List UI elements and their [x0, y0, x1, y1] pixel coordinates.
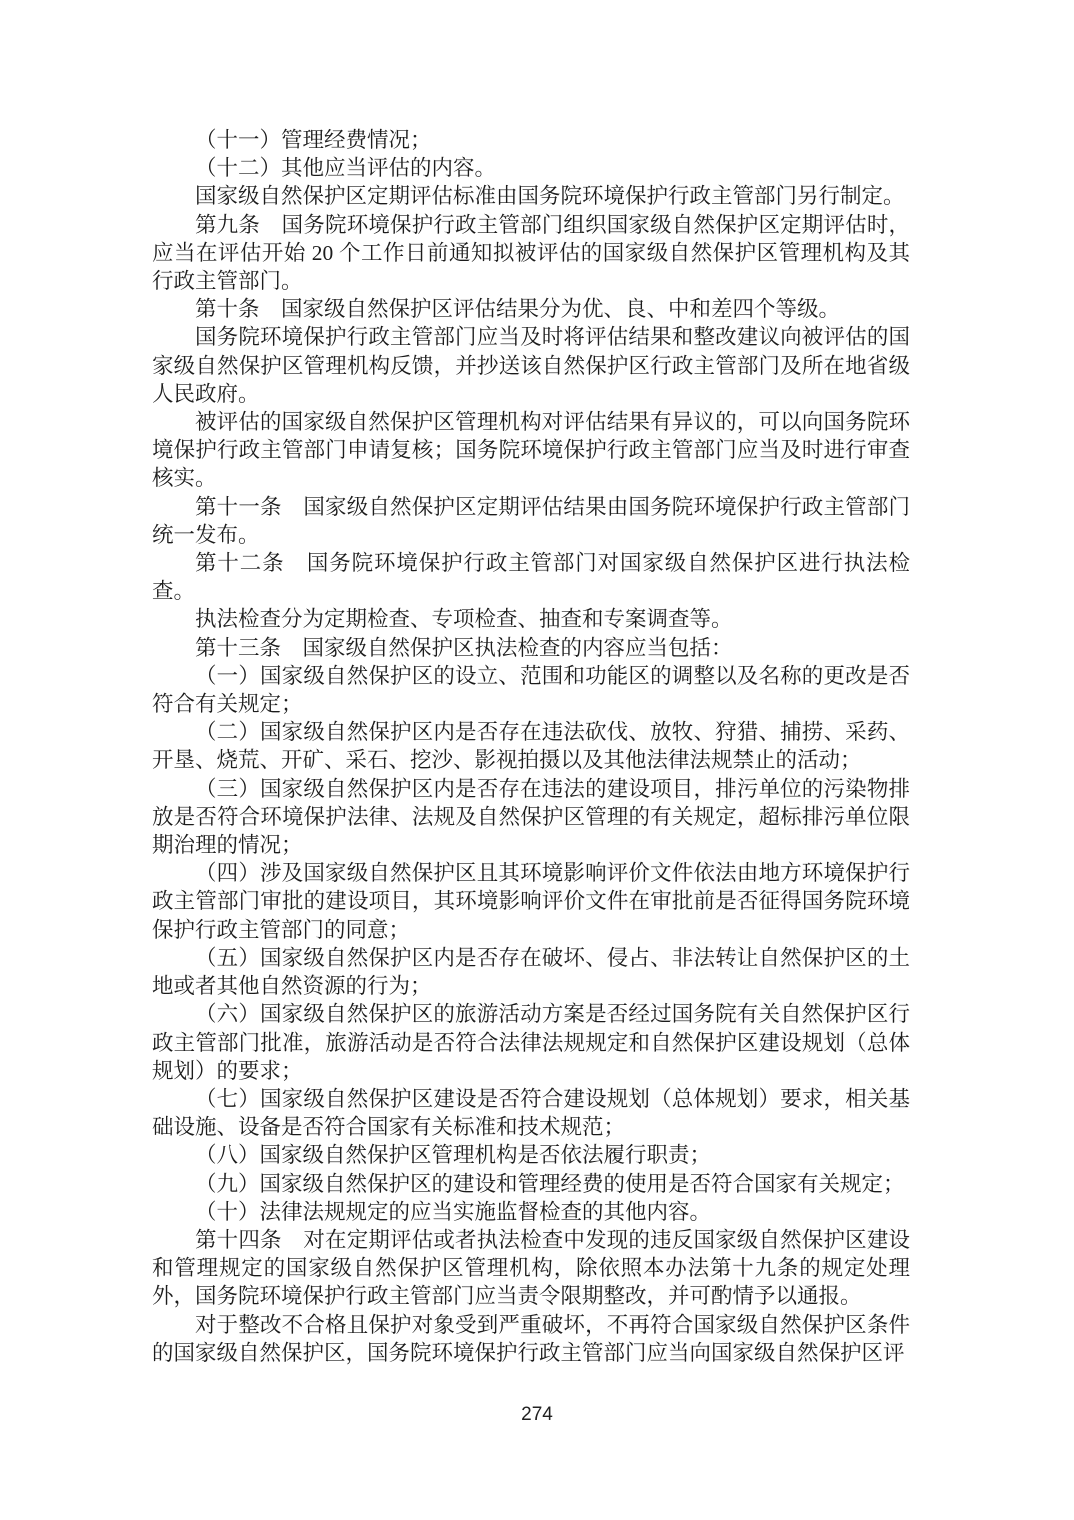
paragraph: 国务院环境保护行政主管部门应当及时将评估结果和整改建议向被评估的国家级自然保护区… — [152, 323, 910, 408]
paragraph: （六）国家级自然保护区的旅游活动方案是否经过国务院有关自然保护区行政主管部门批准… — [152, 1000, 910, 1085]
paragraph: 第十四条 对在定期评估或者执法检查中发现的违反国家级自然保护区建设和管理规定的国… — [152, 1226, 910, 1311]
paragraph: 第十三条 国家级自然保护区执法检查的内容应当包括： — [152, 634, 910, 662]
paragraph: （三）国家级自然保护区内是否存在违法的建设项目，排污单位的污染物排放是否符合环境… — [152, 775, 910, 860]
paragraph: 第九条 国务院环境保护行政主管部门组织国家级自然保护区定期评估时，应当在评估开始… — [152, 211, 910, 296]
paragraph: 第十条 国家级自然保护区评估结果分为优、良、中和差四个等级。 — [152, 295, 910, 323]
paragraph: 第十一条 国家级自然保护区定期评估结果由国务院环境保护行政主管部门统一发布。 — [152, 493, 910, 549]
paragraph: 对于整改不合格且保护对象受到严重破坏，不再符合国家级自然保护区条件的国家级自然保… — [152, 1311, 910, 1367]
paragraph: （一）国家级自然保护区的设立、范围和功能区的调整以及名称的更改是否符合有关规定； — [152, 662, 910, 718]
paragraph: 第十二条 国务院环境保护行政主管部门对国家级自然保护区进行执法检查。 — [152, 549, 910, 605]
paragraph: 国家级自然保护区定期评估标准由国务院环境保护行政主管部门另行制定。 — [152, 182, 910, 210]
paragraph: （八）国家级自然保护区管理机构是否依法履行职责； — [152, 1141, 910, 1169]
paragraph: （二）国家级自然保护区内是否存在违法砍伐、放牧、狩猎、捕捞、采药、开垦、烧荒、开… — [152, 718, 910, 774]
paragraph: （七）国家级自然保护区建设是否符合建设规划（总体规划）要求，相关基础设施、设备是… — [152, 1085, 910, 1141]
paragraph: （九）国家级自然保护区的建设和管理经费的使用是否符合国家有关规定； — [152, 1170, 910, 1198]
paragraph: 执法检查分为定期检查、专项检查、抽查和专案调查等。 — [152, 605, 910, 633]
page-number: 274 — [0, 1404, 1074, 1426]
document-page: （十一）管理经费情况； （十二）其他应当评估的内容。 国家级自然保护区定期评估标… — [0, 0, 1074, 1520]
paragraph: 被评估的国家级自然保护区管理机构对评估结果有异议的，可以向国务院环境保护行政主管… — [152, 408, 910, 493]
paragraph: （十一）管理经费情况； — [152, 126, 910, 154]
paragraph: （十）法律法规规定的应当实施监督检查的其他内容。 — [152, 1198, 910, 1226]
paragraph: （五）国家级自然保护区内是否存在破坏、侵占、非法转让自然保护区的土地或者其他自然… — [152, 944, 910, 1000]
document-body: （十一）管理经费情况； （十二）其他应当评估的内容。 国家级自然保护区定期评估标… — [152, 126, 910, 1367]
paragraph: （四）涉及国家级自然保护区且其环境影响评价文件依法由地方环境保护行政主管部门审批… — [152, 859, 910, 944]
paragraph: （十二）其他应当评估的内容。 — [152, 154, 910, 182]
